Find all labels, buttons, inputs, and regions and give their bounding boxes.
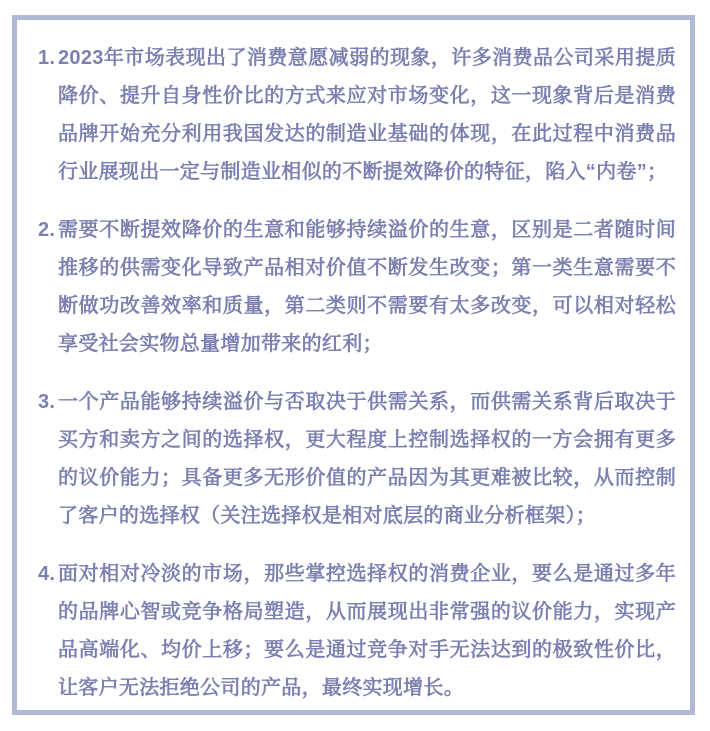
list-item: 4. 面对相对冷淡的市场，那些掌控选择权的消费企业，要么是通过多年的品牌心智或竞… (38, 555, 676, 707)
list-item-text: 需要不断提效降价的生意和能够持续溢价的生意，区别是二者随时间推移的供需变化导致产… (58, 219, 676, 355)
numbered-list: 1. 2023年市场表现出了消费意愿减弱的现象，许多消费品公司采用提质降价、提升… (38, 39, 676, 707)
note-frame: 1. 2023年市场表现出了消费意愿减弱的现象，许多消费品公司采用提质降价、提升… (12, 15, 695, 715)
list-item-number: 1. (38, 39, 55, 77)
list-item: 3. 一个产品能够持续溢价与否取决于供需关系，而供需关系背后取决于买方和卖方之间… (38, 383, 676, 535)
list-item-number: 3. (38, 383, 55, 421)
page: 1. 2023年市场表现出了消费意愿减弱的现象，许多消费品公司采用提质降价、提升… (0, 0, 710, 731)
list-item: 1. 2023年市场表现出了消费意愿减弱的现象，许多消费品公司采用提质降价、提升… (38, 39, 676, 191)
list-item: 2. 需要不断提效降价的生意和能够持续溢价的生意，区别是二者随时间推移的供需变化… (38, 211, 676, 363)
list-item-text: 面对相对冷淡的市场，那些掌控选择权的消费企业，要么是通过多年的品牌心智或竞争格局… (58, 563, 676, 699)
list-item-number: 4. (38, 555, 55, 593)
list-item-number: 2. (38, 211, 55, 249)
list-item-text: 一个产品能够持续溢价与否取决于供需关系，而供需关系背后取决于买方和卖方之间的选择… (58, 391, 676, 527)
list-item-text: 2023年市场表现出了消费意愿减弱的现象，许多消费品公司采用提质降价、提升自身性… (58, 47, 676, 183)
